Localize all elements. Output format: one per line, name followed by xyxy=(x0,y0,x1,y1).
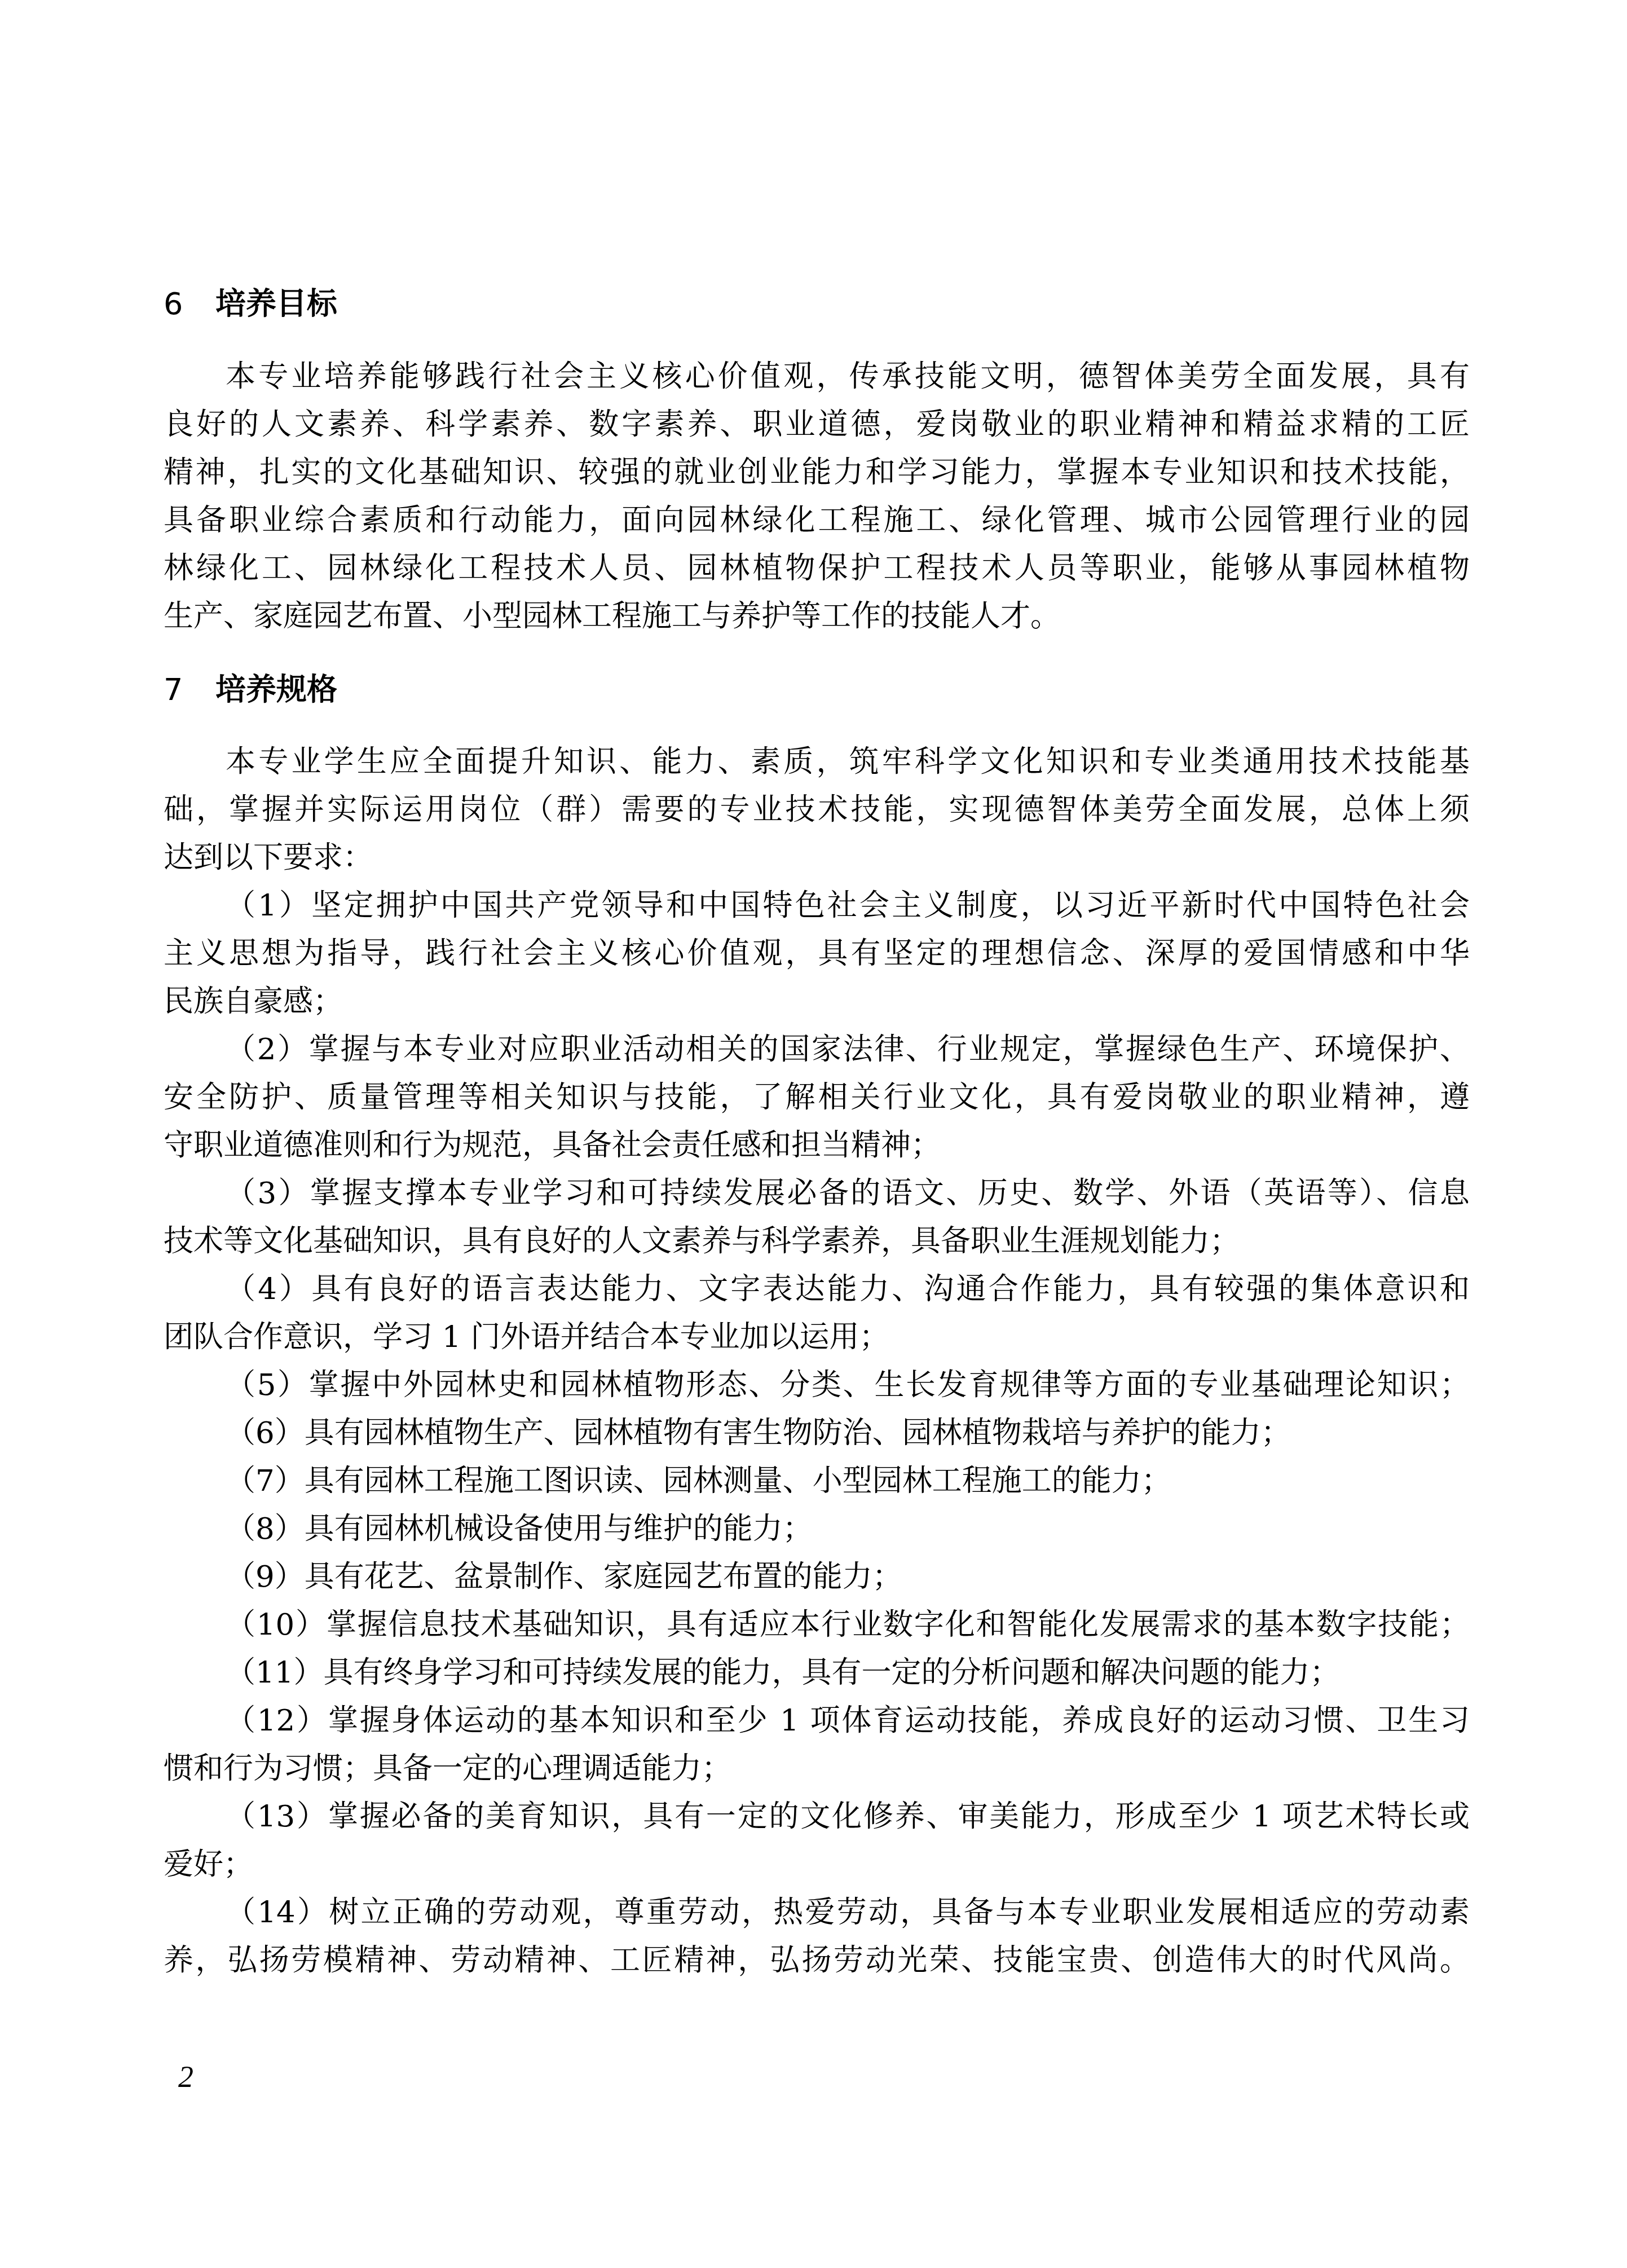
requirement-item-11: （11）具有终身学习和可持续发展的能力，具有一定的分析问题和解决问题的能力； xyxy=(226,1649,1470,1697)
paragraph-line: 生产、家庭园艺布置、小型园林工程施工与养护等工作的技能人才。 xyxy=(164,592,1470,640)
paragraph-line: 林绿化工、园林绿化工程技术人员、园林植物保护工程技术人员等职业，能够从事园林植物 xyxy=(164,544,1470,592)
paragraph-line: 安全防护、质量管理等相关知识与技能，了解相关行业文化，具有爱岗敬业的职业精神，遵 xyxy=(164,1073,1470,1121)
page-number: 2 xyxy=(178,2060,193,2094)
requirement-item-5: （5）掌握中外园林史和园林植物形态、分类、生长发育规律等方面的专业基础理论知识； xyxy=(226,1361,1470,1409)
paragraph-line: 础，掌握并实际运用岗位（群）需要的专业技术技能，实现德智体美劳全面发展，总体上须 xyxy=(164,786,1470,834)
document-page: 6培养目标 本专业培养能够践行社会主义核心价值观，传承技能文明，德智体美劳全面发… xyxy=(0,0,1627,2268)
requirement-item-9: （9）具有花艺、盆景制作、家庭园艺布置的能力； xyxy=(226,1553,1470,1601)
requirement-item-6: （6）具有园林植物生产、园林植物有害生物防治、园林植物栽培与养护的能力； xyxy=(226,1409,1470,1457)
paragraph-line: 精神，扎实的文化基础知识、较强的就业创业能力和学习能力，掌握本专业知识和技术技能… xyxy=(164,448,1470,496)
section-heading-7: 7培养规格 xyxy=(164,666,337,714)
requirement-item-2: （2）掌握与本专业对应职业活动相关的国家法律、行业规定，掌握绿色生产、环境保护、 xyxy=(226,1025,1470,1073)
paragraph-line: 惯和行为习惯；具备一定的心理调适能力； xyxy=(164,1745,1470,1793)
section-title: 培养目标 xyxy=(215,286,337,322)
paragraph-line: 养，弘扬劳模精神、劳动精神、工匠精神，弘扬劳动光荣、技能宝贵、创造伟大的时代风尚… xyxy=(164,1936,1470,1984)
requirement-item-12: （12）掌握身体运动的基本知识和至少 1 项体育运动技能，养成良好的运动习惯、卫… xyxy=(226,1697,1470,1745)
requirement-item-14: （14）树立正确的劳动观，尊重劳动，热爱劳动，具备与本专业职业发展相适应的劳动素 xyxy=(226,1888,1470,1936)
paragraph-line: 主义思想为指导，践行社会主义核心价值观，具有坚定的理想信念、深厚的爱国情感和中华 xyxy=(164,930,1470,977)
requirement-item-1: （1）坚定拥护中国共产党领导和中国特色社会主义制度，以习近平新时代中国特色社会 xyxy=(226,882,1470,930)
paragraph-line: 民族自豪感； xyxy=(164,977,1470,1025)
paragraph-line: 技术等文化基础知识，具有良好的人文素养与科学素养，具备职业生涯规划能力； xyxy=(164,1217,1470,1265)
paragraph-line: 守职业道德准则和行为规范，具备社会责任感和担当精神； xyxy=(164,1121,1470,1169)
requirement-item-7: （7）具有园林工程施工图识读、园林测量、小型园林工程施工的能力； xyxy=(226,1457,1470,1505)
paragraph-line: 团队合作意识，学习 1 门外语并结合本专业加以运用； xyxy=(164,1313,1470,1361)
section-title: 培养规格 xyxy=(215,672,337,707)
section-number: 6 xyxy=(164,280,215,328)
paragraph-line: 本专业培养能够践行社会主义核心价值观，传承技能文明，德智体美劳全面发展，具有 xyxy=(226,353,1470,400)
requirement-item-4: （4）具有良好的语言表达能力、文字表达能力、沟通合作能力，具有较强的集体意识和 xyxy=(226,1265,1470,1313)
paragraph-line: 爱好； xyxy=(164,1840,1470,1888)
paragraph-line: 良好的人文素养、科学素养、数字素养、职业道德，爱岗敬业的职业精神和精益求精的工匠 xyxy=(164,400,1470,448)
requirement-item-10: （10）掌握信息技术基础知识，具有适应本行业数字化和智能化发展需求的基本数字技能… xyxy=(226,1601,1470,1649)
requirement-item-13: （13）掌握必备的美育知识，具有一定的文化修养、审美能力，形成至少 1 项艺术特… xyxy=(226,1793,1470,1840)
requirement-item-3: （3）掌握支撑本专业学习和可持续发展必备的语文、历史、数学、外语（英语等）、信息 xyxy=(226,1169,1470,1217)
requirement-item-8: （8）具有园林机械设备使用与维护的能力； xyxy=(226,1505,1470,1553)
paragraph-line: 达到以下要求： xyxy=(164,834,1470,882)
section-heading-6: 6培养目标 xyxy=(164,280,337,328)
section-number: 7 xyxy=(164,666,215,714)
paragraph-line: 本专业学生应全面提升知识、能力、素质，筑牢科学文化知识和专业类通用技术技能基 xyxy=(226,738,1470,786)
paragraph-line: 具备职业综合素质和行动能力，面向园林绿化工程施工、绿化管理、城市公园管理行业的园 xyxy=(164,496,1470,544)
